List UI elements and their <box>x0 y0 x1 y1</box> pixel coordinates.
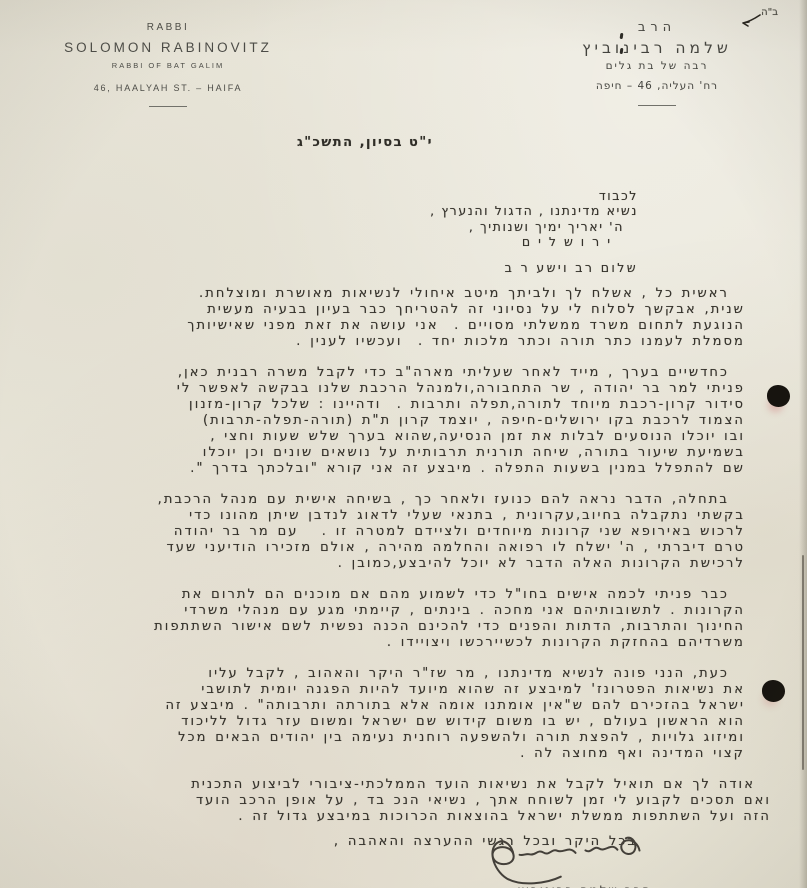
paragraph-2: כחדשיים בערך , מייד לאחר שעליתי מארה"ב כ… <box>30 365 745 477</box>
letterhead-en-title: RABBI <box>62 22 274 33</box>
scanned-letter-page: ב"ה RABBI SOLOMON RABINOVITZ RABBI OF BA… <box>0 0 807 888</box>
letterhead-hebrew: הרב שלמה רבינוביץ רבה של בת גלים רח' העל… <box>552 20 762 106</box>
letterhead-he-address: רח' העליה, 46 – חיפה <box>552 80 762 92</box>
letter-body: ראשית כל , אשלח לך ולביתך מיטב איחולי לנ… <box>30 286 745 850</box>
paragraph-4: כבר פניתי לכמה אישים בחו"ל כדי לשמוע מהם… <box>30 587 745 651</box>
letterhead-en-subtitle: RABBI OF BAT GALIM <box>62 61 274 70</box>
letterhead-divider <box>149 106 187 107</box>
letter-date: י"ט בסיון, התשכ"ג <box>297 135 433 150</box>
typed-signature-name: הרב שלמה רבינוביץ <box>518 883 652 888</box>
paragraph-3: בתחלה, הדבר נראה להם כנועז ולאחר כך , בש… <box>30 492 745 572</box>
recipient-line: לכבוד <box>430 188 638 203</box>
hole-punch <box>762 680 785 702</box>
recipient-line: ה' יאריך ימיך ושנותיך , <box>430 219 638 234</box>
paragraph-5: כעת, הנני פונה לנשיא מדינתנו , מר שז"ר ה… <box>30 666 745 762</box>
paper-edge-crease <box>802 555 804 770</box>
pen-mark-dots <box>620 33 624 63</box>
recipient-line: י ר ו ש ל י ם <box>430 234 638 249</box>
salutation: שלום רב וישע ר ב <box>505 260 638 275</box>
paragraph-6: אודה לך אם תואיל לקבל את נשיאות הועד הממ… <box>28 777 771 825</box>
recipient-line: נשיא מדינתנו , הדגול והנערץ , <box>430 203 638 218</box>
handwritten-signature <box>461 830 649 888</box>
letterhead-divider <box>638 105 676 106</box>
recipient-block: לכבוד נשיא מדינתנו , הדגול והנערץ , ה' י… <box>430 188 638 249</box>
letterhead-he-title: הרב <box>552 20 762 35</box>
bh-mark: ב"ה <box>761 7 778 18</box>
letterhead-en-address: 46, HAALYAH ST. – HAIFA <box>62 83 274 93</box>
letterhead-he-name: שלמה רבינוביץ <box>552 39 762 57</box>
letterhead-en-name: SOLOMON RABINOVITZ <box>62 40 274 55</box>
letterhead-english: RABBI SOLOMON RABINOVITZ RABBI OF BAT GA… <box>62 22 274 107</box>
hole-punch <box>767 385 790 407</box>
letterhead-he-subtitle: רבה של בת גלים <box>552 60 762 72</box>
paragraph-1: ראשית כל , אשלח לך ולביתך מיטב איחולי לנ… <box>30 286 745 350</box>
